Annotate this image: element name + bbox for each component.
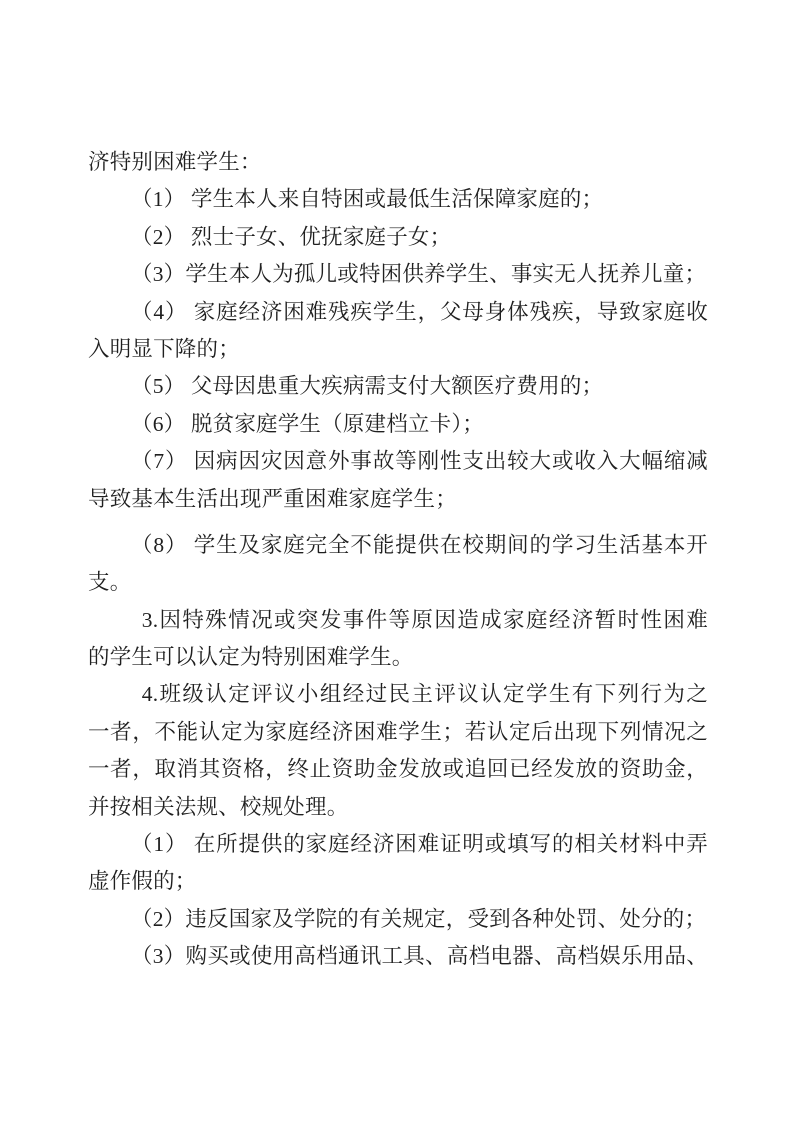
document-line: 3.因特殊情况或突发事件等原因造成家庭经济暂时性困难 [88,602,708,639]
document-text-block: 济特别困难学生：（1） 学生本人来自特困或最低生活保障家庭的；（2） 烈士子女、… [88,144,708,976]
document-line: 一者，取消其资格，终止资助金发放或追回已经发放的资助金， [88,751,708,788]
document-line: （7） 因病因灾因意外事故等刚性支出较大或收入大幅缩减 [88,443,708,480]
document-line: 并按相关法规、校规处理。 [88,789,708,826]
document-line: （8） 学生及家庭完全不能提供在校期间的学习生活基本开 [88,527,708,564]
document-line: （5） 父母因患重大疾病需支付大额医疗费用的； [88,368,708,405]
document-line: 济特别困难学生： [88,144,708,181]
document-line: （4） 家庭经济困难残疾学生，父母身体残疾，导致家庭收 [88,294,708,331]
document-line: 支。 [88,564,708,601]
document-line: （6） 脱贫家庭学生（原建档立卡）； [88,406,708,443]
document-line: （3）学生本人为孤儿或特困供养学生、事实无人抚养儿童； [88,256,708,293]
document-line: 入明显下降的； [88,331,708,368]
document-line: 一者，不能认定为家庭经济困难学生；若认定后出现下列情况之 [88,714,708,751]
document-line: 虚作假的； [88,863,708,900]
document-line: （1） 学生本人来自特困或最低生活保障家庭的； [88,181,708,218]
document-line: （2）违反国家及学院的有关规定，受到各种处罚、处分的； [88,901,708,938]
document-line: 导致基本生活出现严重困难家庭学生； [88,481,708,518]
document-line: （3）购买或使用高档通讯工具、高档电器、高档娱乐用品、 [88,938,708,975]
document-line: 4.班级认定评议小组经过民主评议认定学生有下列行为之 [88,676,708,713]
document-line: 的学生可以认定为特别困难学生。 [88,639,708,676]
document-page: 济特别困难学生：（1） 学生本人来自特困或最低生活保障家庭的；（2） 烈士子女、… [0,0,793,1122]
document-line: （2） 烈士子女、优抚家庭子女； [88,219,708,256]
document-line: （1） 在所提供的家庭经济困难证明或填写的相关材料中弄 [88,826,708,863]
